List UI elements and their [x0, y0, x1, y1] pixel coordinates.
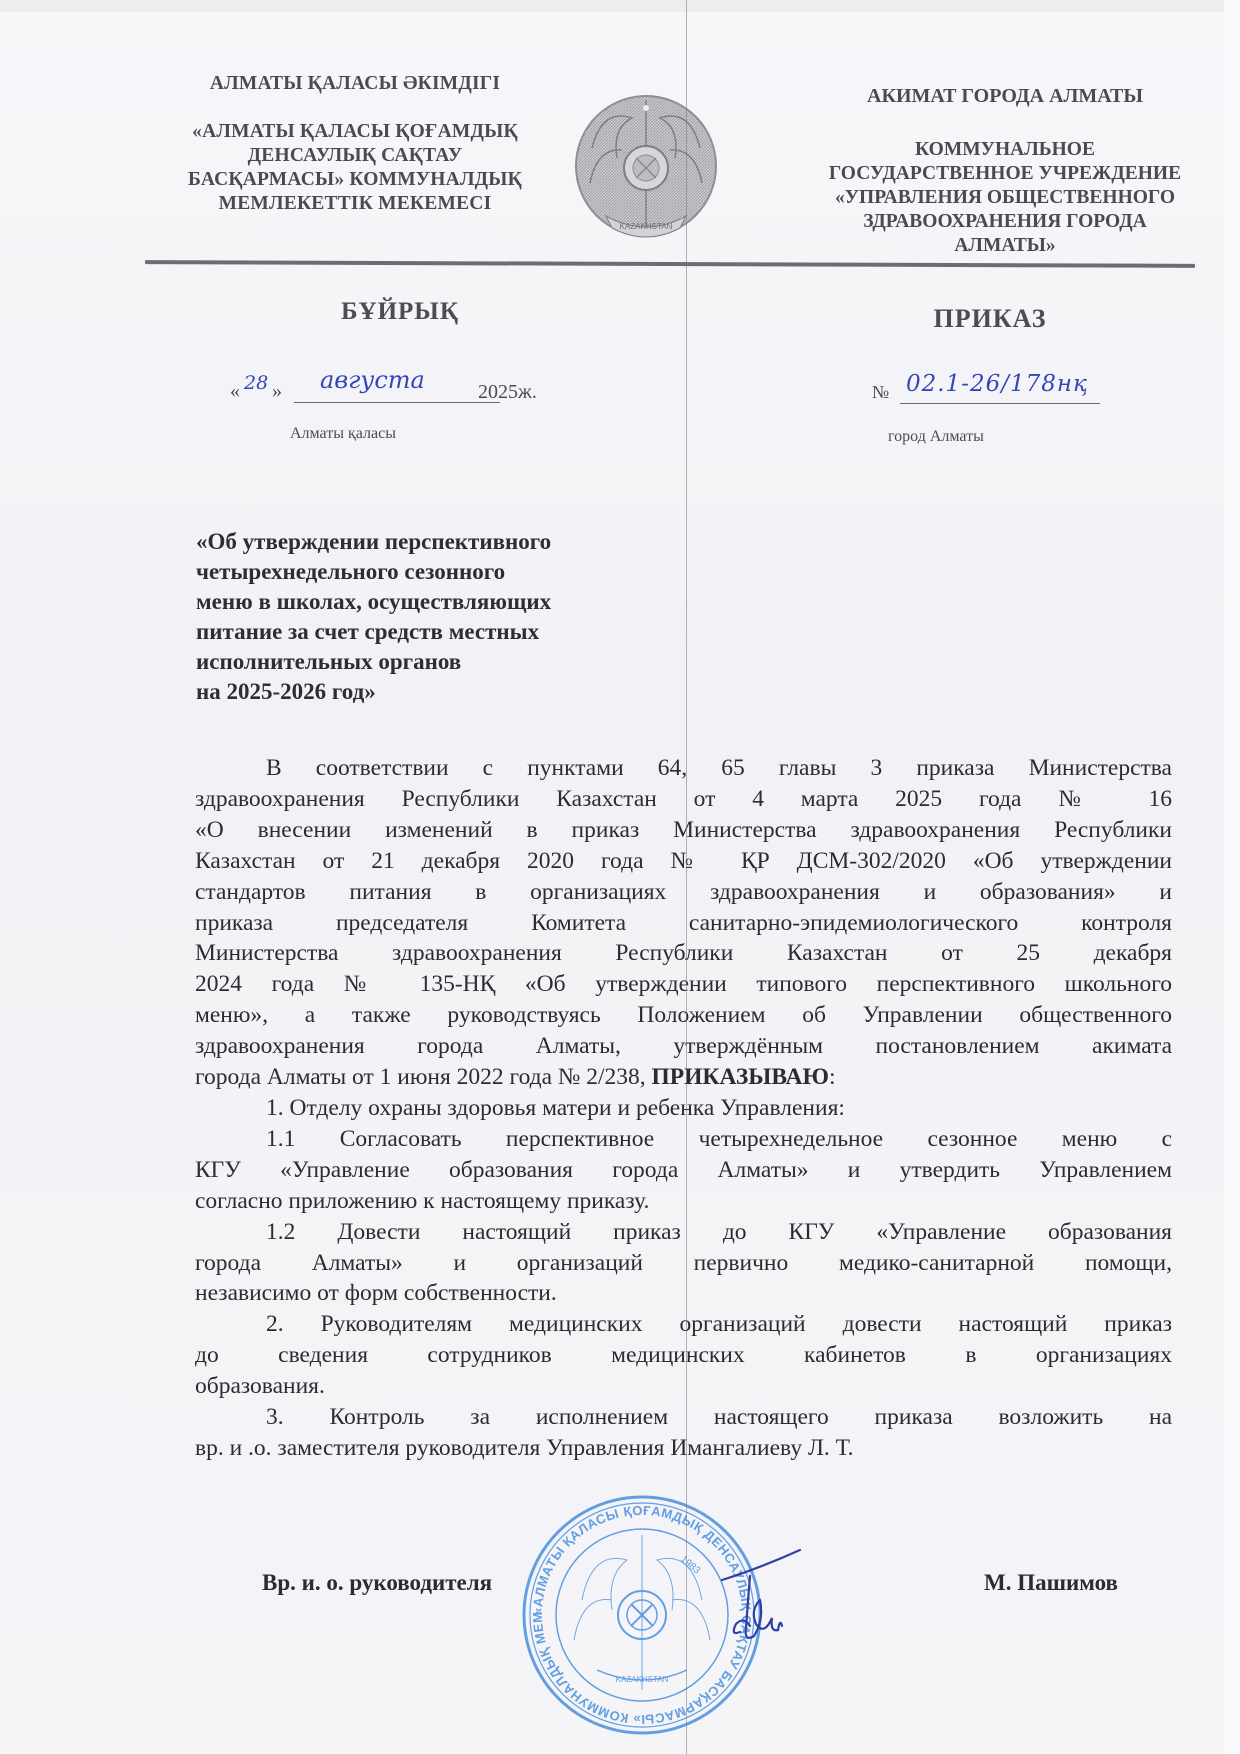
- org-name-ru-5: АЛМАТЫ»: [790, 234, 1220, 258]
- scan-fold-line: [686, 0, 687, 1754]
- item-line: согласно приложению к настоящему приказу…: [195, 1186, 1172, 1217]
- preamble: В соответствии с пунктами 64, 65 главы 3…: [195, 753, 1172, 1093]
- subject-line: исполнительных органов: [196, 647, 656, 677]
- item-1-2: 1.2 Довести настоящий приказ до КГУ «Упр…: [195, 1217, 1172, 1310]
- header-right-ru: АКИМАТ ГОРОДА АЛМАТЫ КОММУНАЛЬНОЕ ГОСУДА…: [790, 84, 1220, 258]
- date-month-handwritten: августа: [320, 366, 425, 394]
- header-divider: [145, 260, 1195, 268]
- item-line: вр. и .о. заместителя руководителя Управ…: [195, 1433, 1172, 1464]
- item-1: 1. Отделу охраны здоровья матери и ребен…: [195, 1093, 1172, 1124]
- preamble-line: стандартов питания в организациях здраво…: [195, 877, 1172, 908]
- date-year: 2025ж.: [478, 381, 537, 404]
- item-line: КГУ «Управление образования города Алмат…: [195, 1155, 1172, 1186]
- preamble-line: Казахстан от 21 декабря 2020 года № ҚР Д…: [195, 846, 1172, 877]
- item-line: 1.2 Довести настоящий приказ до КГУ «Упр…: [195, 1217, 1172, 1248]
- date-underline: [294, 402, 500, 403]
- signatory-name: М. Пашимов: [984, 1570, 1118, 1596]
- subject-line: «Об утверждении перспективного: [196, 527, 656, 557]
- doc-type-ru: ПРИКАЗ: [900, 304, 1080, 334]
- item-line: города Алматы» и организаций первично ме…: [195, 1248, 1172, 1279]
- org-name-kz-3: БАСҚАРМАСЫ» КОММУНАЛДЫҚ: [130, 168, 580, 192]
- preamble-line: Министерства здравоохранения Республики …: [195, 938, 1172, 969]
- scan-top-edge: [0, 0, 1240, 12]
- state-emblem-icon: KAZAKHSTAN: [572, 88, 720, 248]
- org-name-ru-3: «УПРАВЛЕНИЯ ОБЩЕСТВЕННОГО: [790, 186, 1220, 210]
- place-kz: Алматы қаласы: [290, 425, 396, 443]
- doc-subject: «Об утверждении перспективного четырехне…: [196, 527, 656, 707]
- item-2: 2. Руководителям медицинских организаций…: [195, 1309, 1172, 1402]
- doc-number: № 02.1-26/178нқ: [872, 373, 1112, 407]
- number-underline: [900, 403, 1100, 404]
- order-colon: :: [829, 1064, 836, 1090]
- svg-text:1983: 1983: [678, 1554, 702, 1577]
- item-3: 3. Контроль за исполнением настоящего пр…: [195, 1402, 1172, 1464]
- signatory-title: Вр. и. о. руководителя: [262, 1570, 492, 1596]
- item-line: до сведения сотрудников медицинских каби…: [195, 1340, 1172, 1371]
- item-1-1: 1.1 Согласовать перспективное четырехнед…: [195, 1124, 1172, 1217]
- doc-date: « 28 » августа 2025ж.: [230, 372, 560, 406]
- doc-body: В соответствии с пунктами 64, 65 главы 3…: [195, 753, 1172, 1464]
- preamble-line: «О внесении изменений в приказ Министерс…: [195, 815, 1172, 846]
- org-name-kz-4: МЕМЛЕКЕТТІК МЕКЕМЕСІ: [130, 192, 580, 216]
- preamble-line: приказа председателя Комитета санитарно-…: [195, 908, 1172, 939]
- preamble-line: В соответствии с пунктами 64, 65 главы 3…: [195, 753, 1172, 784]
- item-line: 2. Руководителям медицинских организаций…: [195, 1309, 1172, 1340]
- akimat-kz: АЛМАТЫ ҚАЛАСЫ ӘКІМДІГІ: [130, 72, 580, 96]
- org-name-ru-2: ГОСУДАРСТВЕННОЕ УЧРЕЖДЕНИЕ: [790, 162, 1220, 186]
- scan-right-edge: [1224, 0, 1240, 1754]
- subject-line: меню в школах, осуществляющих: [196, 587, 656, 617]
- svg-text:KAZAKHSTAN: KAZAKHSTAN: [620, 222, 673, 231]
- org-name-kz-2: ДЕНСАУЛЫҚ САҚТАУ: [130, 144, 580, 168]
- place-ru: город Алматы: [888, 428, 984, 446]
- preamble-text: города Алматы от 1 июня 2022 года № 2/23…: [195, 1064, 652, 1090]
- doc-type-kz: БҰЙРЫҚ: [290, 298, 510, 326]
- preamble-line: здравоохранения Республики Казахстан от …: [195, 784, 1172, 815]
- org-name-ru-1: КОММУНАЛЬНОЕ: [790, 138, 1220, 162]
- subject-line: четырехнедельного сезонного: [196, 557, 656, 587]
- item-line: 1.1 Согласовать перспективное четырехнед…: [195, 1124, 1172, 1155]
- subject-line: питание за счет средств местных: [196, 617, 656, 647]
- svg-text:KAZAKHSTAN: KAZAKHSTAN: [616, 1675, 669, 1684]
- header-left-kz: АЛМАТЫ ҚАЛАСЫ ӘКІМДІГІ «АЛМАТЫ ҚАЛАСЫ ҚО…: [130, 72, 580, 216]
- subject-line: на 2025-2026 год»: [196, 677, 656, 707]
- order-word: ПРИКАЗЫВАЮ: [652, 1064, 829, 1090]
- date-day-handwritten: 28: [244, 372, 268, 394]
- org-name-ru-4: ЗДРАВООХРАНЕНИЯ ГОРОДА: [790, 210, 1220, 234]
- akimat-ru: АКИМАТ ГОРОДА АЛМАТЫ: [790, 84, 1220, 108]
- org-name-kz-1: «АЛМАТЫ ҚАЛАСЫ ҚОҒАМДЫҚ: [130, 120, 580, 144]
- preamble-last-line: города Алматы от 1 июня 2022 года № 2/23…: [195, 1062, 1172, 1093]
- item-line: независимо от форм собственности.: [195, 1278, 1172, 1309]
- preamble-line: 2024 года № 135-НҚ «Об утверждении типов…: [195, 969, 1172, 1000]
- number-handwritten: 02.1-26/178нқ: [906, 371, 1088, 397]
- preamble-line: здравоохранения города Алматы, утверждён…: [195, 1031, 1172, 1062]
- item-line: образования.: [195, 1371, 1172, 1402]
- handwritten-signature-icon: [720, 1540, 830, 1650]
- date-quote-close: »: [272, 380, 282, 403]
- item-line: 3. Контроль за исполнением настоящего пр…: [195, 1402, 1172, 1433]
- preamble-line: меню», а также руководствуясь Положением…: [195, 1000, 1172, 1031]
- date-quote-open: «: [230, 380, 240, 403]
- number-sign: №: [872, 382, 889, 403]
- document-page: АЛМАТЫ ҚАЛАСЫ ӘКІМДІГІ «АЛМАТЫ ҚАЛАСЫ ҚО…: [0, 0, 1240, 1754]
